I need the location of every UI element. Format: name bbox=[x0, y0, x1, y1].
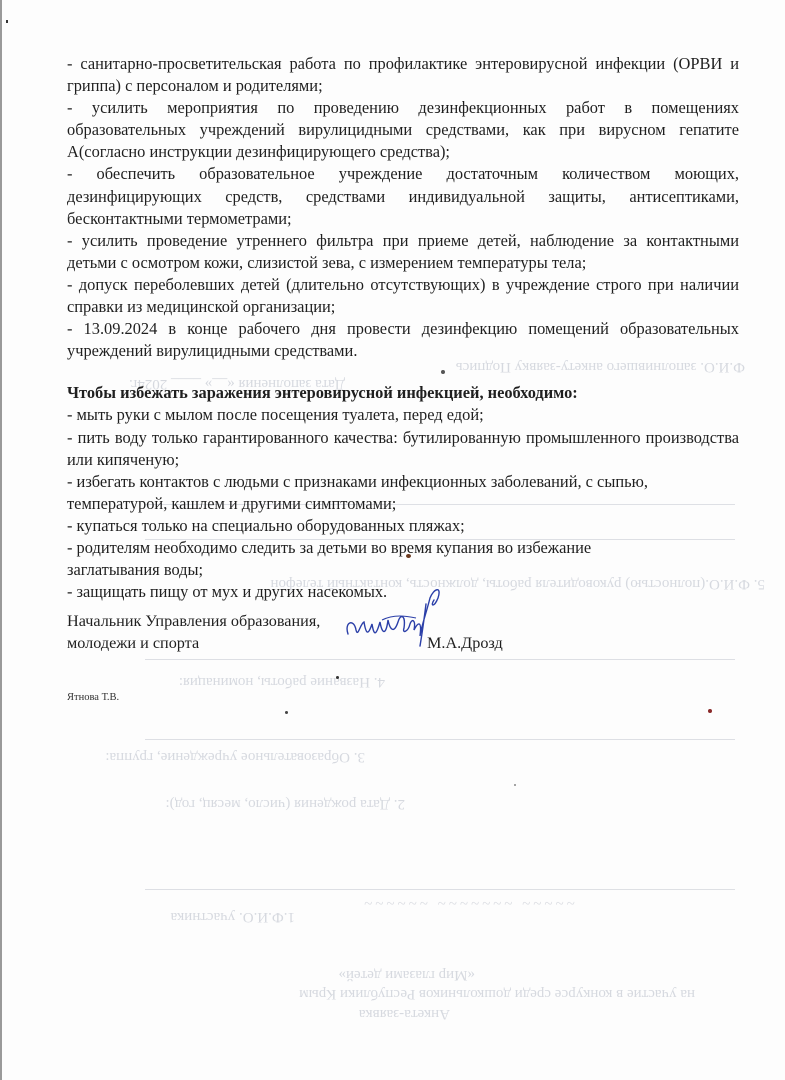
document-page: Анкета-заявка на участие в конкурсе сред… bbox=[0, 0, 785, 1080]
measure-item: - обеспечить образовательное учреждение … bbox=[67, 163, 739, 229]
handwritten-signature-icon bbox=[342, 584, 452, 650]
prevention-item: заглатывания воды; bbox=[67, 559, 739, 581]
measure-item: - допуск переболевших детей (длительно о… bbox=[67, 274, 739, 318]
measure-item: - санитарно-просветительская работа по п… bbox=[67, 53, 739, 97]
scan-edge bbox=[0, 0, 2, 1080]
signatory-position-cont: молодежи и спорта bbox=[67, 634, 199, 652]
bleed-line: Анкета-заявка bbox=[359, 1005, 450, 1022]
bleed-line: 4. Название работы, номинация: bbox=[179, 673, 385, 690]
signatory-position: Начальник Управления образования, bbox=[67, 612, 320, 630]
scan-speck bbox=[406, 554, 411, 558]
measure-item: - усилить проведение утреннего фильтра п… bbox=[67, 230, 739, 274]
signature-block: Начальник Управления образования, молоде… bbox=[67, 610, 747, 654]
document-body: - санитарно-просветительская работа по п… bbox=[67, 53, 739, 603]
measure-item: - усилить мероприятия по проведению дези… bbox=[67, 97, 739, 163]
bleed-line: 3. Образовательное учреждение, группа: bbox=[105, 748, 365, 765]
prevention-item: - избегать контактов с людьми с признака… bbox=[67, 471, 739, 493]
prevention-heading: Чтобы избежать заражения энтеровирусной … bbox=[67, 382, 739, 404]
bleed-rule bbox=[145, 739, 735, 740]
scan-speck bbox=[514, 784, 516, 786]
bleed-line: 1.Ф.И.О. участника bbox=[171, 908, 295, 925]
scan-speck bbox=[336, 676, 339, 679]
measure-item: - 13.09.2024 в конце рабочего дня провес… bbox=[67, 318, 739, 362]
prevention-item: - родителям необходимо следить за детьми… bbox=[67, 537, 739, 559]
prevention-item: - пить воду только гарантированного каче… bbox=[67, 427, 739, 471]
scan-speck bbox=[285, 711, 288, 714]
scan-speck bbox=[441, 370, 445, 374]
executor-name: Ятнова Т.В. bbox=[67, 692, 119, 703]
prevention-item: - мыть руки с мылом после посещения туал… bbox=[67, 404, 739, 426]
bleed-handwriting: ~~~~~ ~~~~~~~ ~~~~~~ bbox=[361, 893, 575, 910]
scan-speck bbox=[708, 709, 712, 713]
bleed-line: 2. Дата рождения (число, месяц, год): bbox=[165, 795, 405, 812]
prevention-item: температурой, кашлем и другими симптомам… bbox=[67, 493, 739, 515]
bleed-rule bbox=[145, 889, 735, 890]
bleed-rule bbox=[145, 659, 735, 660]
prevention-item: - купаться только на специально оборудов… bbox=[67, 515, 739, 537]
bleed-line: «Мир глазами детей» bbox=[338, 966, 475, 983]
scan-mark bbox=[6, 20, 8, 23]
bleed-line: на участие в конкурсе среди дошкольников… bbox=[299, 985, 695, 1002]
